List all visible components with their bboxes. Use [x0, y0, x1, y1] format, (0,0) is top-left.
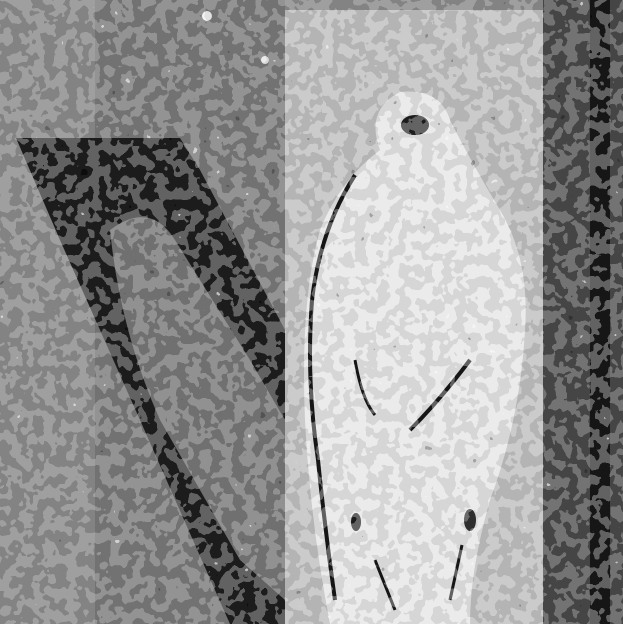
image-canvas [0, 0, 623, 624]
speck [202, 11, 212, 21]
speck [261, 56, 269, 64]
eye [401, 115, 429, 135]
artwork [0, 0, 623, 624]
foot-left [351, 513, 361, 531]
right-edge-dark [590, 0, 610, 624]
right-band [543, 0, 623, 624]
foot-right [464, 509, 476, 531]
